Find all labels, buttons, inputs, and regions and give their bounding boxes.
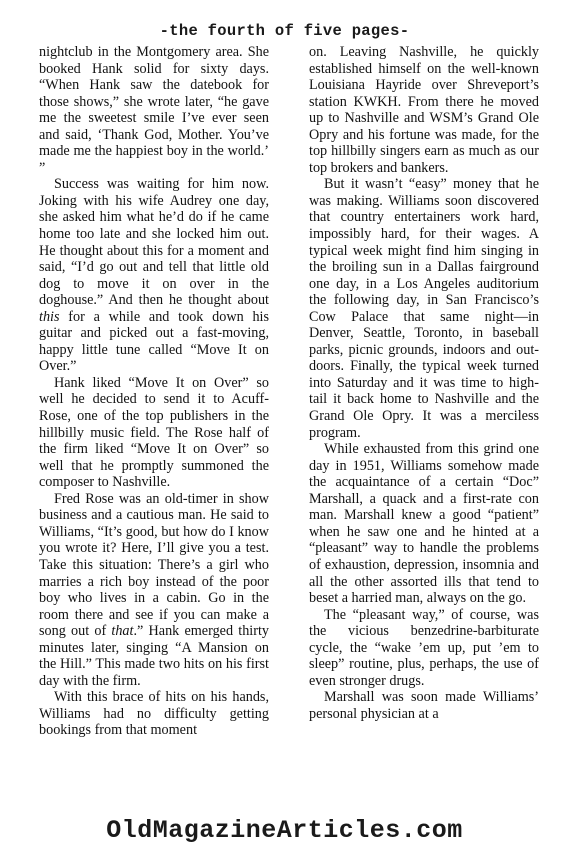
paragraph: The “pleasant way,” of course, was the v… xyxy=(309,607,539,690)
paragraph: With this brace of hits on his hands, Wi… xyxy=(39,689,269,739)
paragraph: Fred Rose was an old-timer in show busin… xyxy=(39,491,269,690)
page-header: -the fourth of five pages- xyxy=(0,22,569,40)
paragraph: nightclub in the Montgomery area. She bo… xyxy=(39,44,269,176)
paragraph-text: for a while and took down his guitar and… xyxy=(39,309,269,375)
paragraph-text: Fred Rose was an old-timer in show busin… xyxy=(39,491,269,639)
article-body: nightclub in the Montgomery area. She bo… xyxy=(39,44,539,739)
paragraph: Hank liked “Move It on Over” so well he … xyxy=(39,375,269,491)
paragraph-text: Success was waiting for him now. Joking … xyxy=(39,176,269,308)
paragraph: Marshall was soon made Williams’ persona… xyxy=(309,689,539,722)
paragraph: Success was waiting for him now. Joking … xyxy=(39,176,269,375)
site-watermark: OldMagazineArticles.com xyxy=(106,816,463,845)
italic-emphasis: that xyxy=(111,623,133,639)
right-column: on. Leaving Nashville, he quickly establ… xyxy=(309,44,539,739)
site-footer: OldMagazineArticles.com xyxy=(0,816,569,845)
paragraph: But it wasn’t “easy” money that he was m… xyxy=(309,176,539,441)
italic-emphasis: this xyxy=(39,309,60,325)
paragraph: on. Leaving Nashville, he quickly establ… xyxy=(309,44,539,176)
page-header-title: -the fourth of five pages- xyxy=(160,22,410,40)
left-column: nightclub in the Montgomery area. She bo… xyxy=(39,44,269,739)
paragraph: While exhausted from this grind one day … xyxy=(309,441,539,606)
